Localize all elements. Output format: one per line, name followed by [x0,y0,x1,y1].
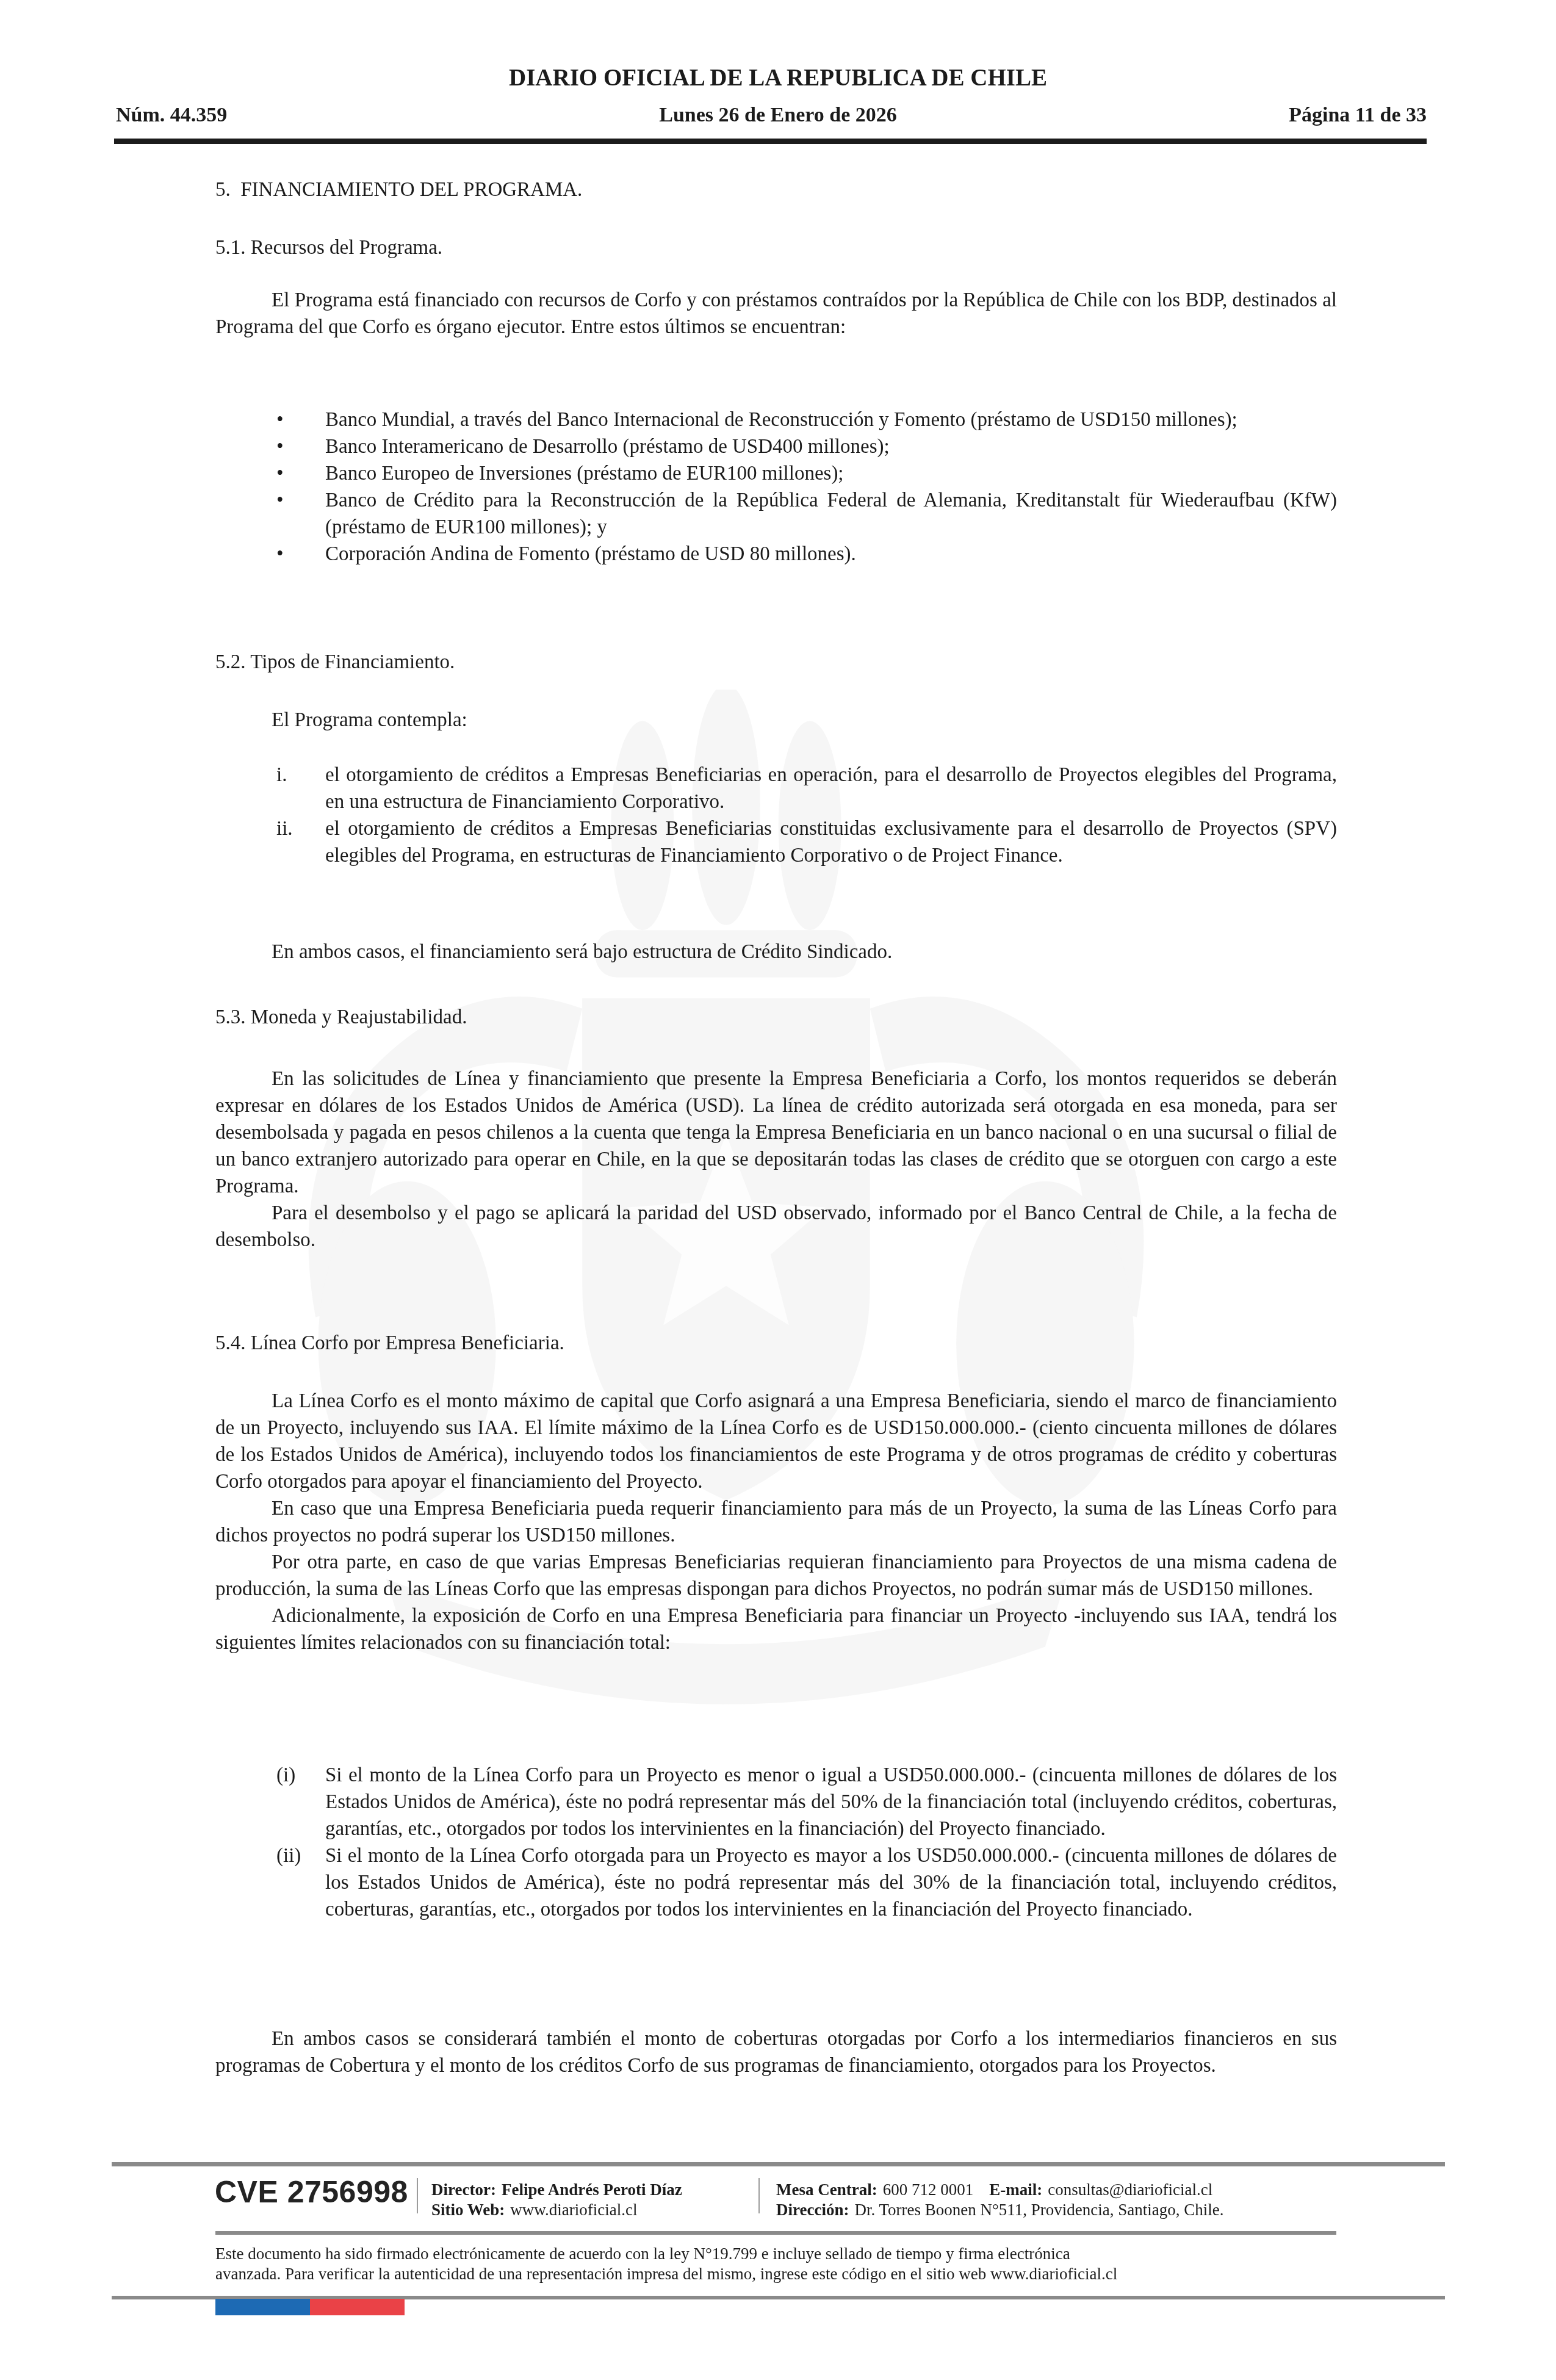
roman-marker: ii. [276,815,293,842]
legal-line-2: avanzada. Para verificar la autenticidad… [215,2264,1117,2284]
paragraph-linea-4: Adicionalmente, la exposición de Corfo e… [215,1603,1337,1656]
list-item-text: Banco de Crédito para la Reconstrucción … [325,489,1337,538]
footer-director-column: Director:Felipe Andrés Peroti Díaz Sitio… [431,2180,682,2220]
phone-value: 600 712 0001 [883,2180,974,2199]
flag-blue-segment [215,2299,310,2315]
list-item-text: Banco Mundial, a través del Banco Intern… [325,409,1237,431]
address-line: Dirección:Dr. Torres Boonen N°511, Provi… [776,2200,1224,2220]
paren-marker: (i) [276,1762,295,1789]
phone-email-line: Mesa Central:600 712 0001E-mail:consulta… [776,2180,1224,2200]
roman-marker: i. [276,762,287,788]
phone-label: Mesa Central: [776,2180,877,2199]
director-name: Felipe Andrés Peroti Díaz [502,2180,682,2199]
cve-code: CVE 2756998 [215,2174,408,2210]
list-item-text: Si el monto de la Línea Corfo para un Pr… [325,1764,1337,1840]
exposure-limits-list: (i) Si el monto de la Línea Corfo para u… [215,1762,1337,1923]
list-item: (i) Si el monto de la Línea Corfo para u… [215,1762,1337,1842]
page-indicator: Página 11 de 33 [1289,104,1427,127]
section-5-3-heading: 5.3. Moneda y Reajustabilidad. [215,1004,1337,1031]
chile-flag-mark [215,2299,405,2315]
list-item-text: Si el monto de la Línea Corfo otorgada p… [325,1845,1337,1920]
list-item: (ii) Si el monto de la Línea Corfo otorg… [215,1842,1337,1923]
paragraph-final: En ambos casos se considerará también el… [215,2025,1337,2079]
website-label: Sitio Web: [431,2201,505,2219]
paren-marker: (ii) [276,1842,301,1869]
bullet-marker: • [276,541,284,568]
section-5-1-heading: 5.1. Recursos del Programa. [215,234,1337,261]
flag-red-segment [310,2299,405,2315]
bullet-marker: • [276,406,284,433]
list-item: • Banco Mundial, a través del Banco Inte… [215,406,1337,433]
bullet-marker: • [276,487,284,514]
address-value: Dr. Torres Boonen N°511, Providencia, Sa… [854,2201,1223,2219]
address-label: Dirección: [776,2201,849,2219]
section-5-heading: 5. FINANCIAMIENTO DEL PROGRAMA. [215,176,1337,203]
paragraph-linea-2: En caso que una Empresa Beneficiaria pue… [215,1495,1337,1549]
paragraph-linea-1: La Línea Corfo es el monto máximo de cap… [215,1388,1337,1495]
section-5-4-heading: 5.4. Línea Corfo por Empresa Beneficiari… [215,1330,1337,1357]
website-line: Sitio Web:www.diarioficial.cl [431,2200,682,2220]
paragraph-contempla: El Programa contempla: [215,707,1337,734]
header-rule [114,139,1427,144]
footer-contact-column: Mesa Central:600 712 0001E-mail:consulta… [776,2180,1224,2220]
list-item-text: Corporación Andina de Fomento (préstamo … [325,543,856,565]
list-item-text: Banco Europeo de Inversiones (préstamo d… [325,463,844,485]
director-line: Director:Felipe Andrés Peroti Díaz [431,2180,682,2200]
list-item-text: el otorgamiento de créditos a Empresas B… [325,818,1337,867]
gazette-page: DIARIO OFICIAL DE LA REPUBLICA DE CHILE … [0,0,1556,2380]
footer-divider-2 [758,2178,760,2213]
footer-rule-top [112,2162,1445,2166]
gazette-title: DIARIO OFICIAL DE LA REPUBLICA DE CHILE [0,65,1556,92]
funding-sources-list: • Banco Mundial, a través del Banco Inte… [215,406,1337,568]
list-item-text: Banco Interamericano de Desarrollo (prés… [325,436,890,458]
email-value: consultas@diarioficial.cl [1048,2180,1212,2199]
paragraph-paridad: Para el desembolso y el pago se aplicará… [215,1200,1337,1253]
website-url: www.diarioficial.cl [510,2201,637,2219]
paragraph-linea-3: Por otra parte, en caso de que varias Em… [215,1549,1337,1603]
financing-types-list: i. el otorgamiento de créditos a Empresa… [215,762,1337,869]
list-item: ii. el otorgamiento de créditos a Empres… [215,815,1337,869]
paragraph-recursos: El Programa está financiado con recursos… [215,287,1337,341]
director-label: Director: [431,2180,496,2199]
bullet-marker: • [276,460,284,487]
footer-rule-middle [215,2231,1336,2235]
paragraph-moneda: En las solicitudes de Línea y financiami… [215,1066,1337,1200]
section-5-4-body: La Línea Corfo es el monto máximo de cap… [215,1388,1337,1656]
list-item-text: el otorgamiento de créditos a Empresas B… [325,764,1337,813]
bullet-marker: • [276,433,284,460]
list-item: • Banco Interamericano de Desarrollo (pr… [215,433,1337,460]
paragraph-sindicado: En ambos casos, el financiamiento será b… [215,939,1337,965]
list-item: • Corporación Andina de Fomento (préstam… [215,541,1337,568]
section-5-3-body: En las solicitudes de Línea y financiami… [215,1066,1337,1253]
list-item: • Banco de Crédito para la Reconstrucció… [215,487,1337,541]
list-item: • Banco Europeo de Inversiones (préstamo… [215,460,1337,487]
list-item: i. el otorgamiento de créditos a Empresa… [215,762,1337,815]
legal-line-1: Este documento ha sido firmado electróni… [215,2244,1117,2264]
legal-notice: Este documento ha sido firmado electróni… [215,2244,1117,2284]
footer-divider-1 [417,2178,418,2213]
section-5-2-heading: 5.2. Tipos de Financiamiento. [215,649,1337,676]
email-label: E-mail: [989,2180,1042,2199]
